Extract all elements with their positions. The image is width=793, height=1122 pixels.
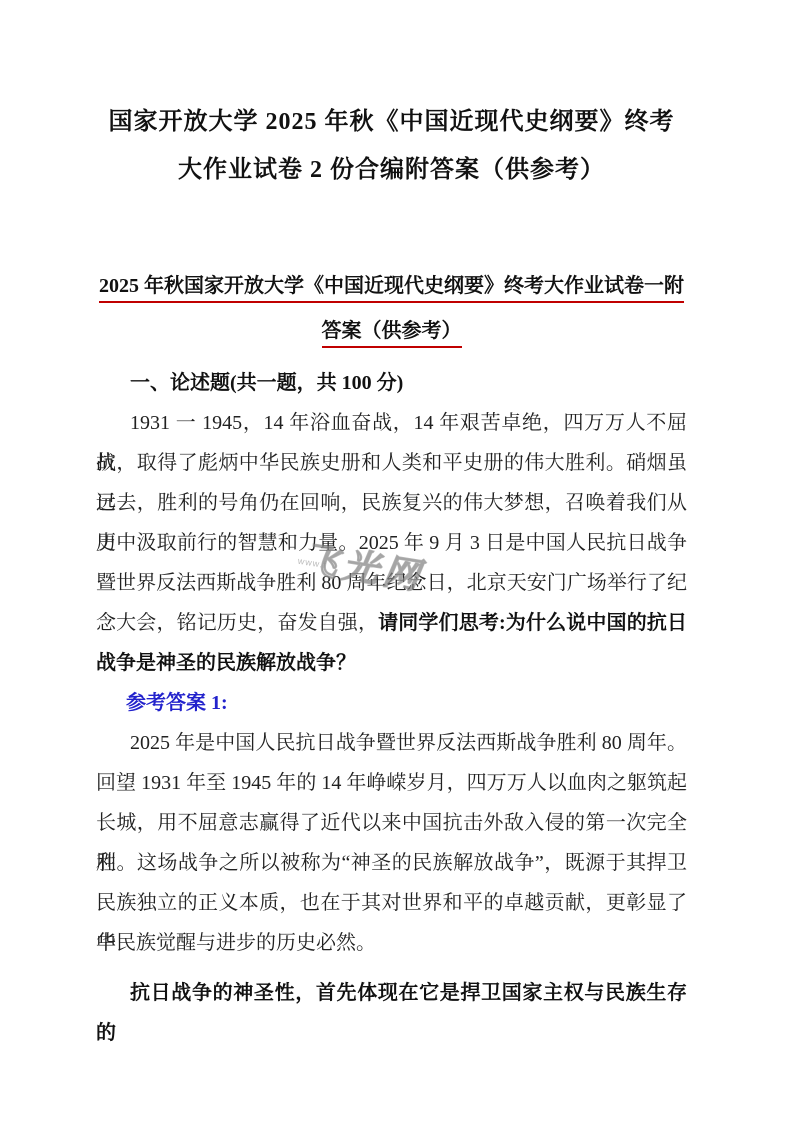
text-line: 2025 年是中国人民抗日战争暨世界反法西斯战争胜利 80 周年。: [96, 723, 687, 763]
text-line: 史中汲取前行的智慧和力量。2025 年 9 月 3 日是中国人民抗日战争: [96, 523, 687, 563]
text-line: 1931 一 1945，14 年浴血奋战，14 年艰苦卓绝，四万万人不屈抗: [96, 403, 687, 443]
section-heading: 一、论述题(共一题，共 100 分): [96, 363, 687, 403]
text-segment: 念大会，铭记历史，奋发自强，: [96, 612, 378, 634]
text-line: 民族独立的正义本质，也在于其对世界和平的卓越贡献，更彰显了中: [96, 883, 687, 923]
answer-paragraph: 2025 年是中国人民抗日战争暨世界反法西斯战争胜利 80 周年。回望 1931…: [96, 723, 687, 963]
document-page: 国家开放大学 2025 年秋《中国近现代史纲要》终考 大作业试卷 2 份合编附答…: [0, 0, 793, 1122]
text-line: 华民族觉醒与进步的历史必然。: [96, 923, 687, 963]
document-title: 国家开放大学 2025 年秋《中国近现代史纲要》终考 大作业试卷 2 份合编附答…: [96, 98, 687, 194]
text-line: 利。这场战争之所以被称为“神圣的民族解放战争”，既源于其捍卫: [96, 843, 687, 883]
text-line: 回望 1931 年至 1945 年的 14 年峥嵘岁月，四万万人以血肉之躯筑起: [96, 763, 687, 803]
text-line: 远去，胜利的号角仍在回响，民族复兴的伟大梦想，召唤着我们从历: [96, 483, 687, 523]
text-line: 长城，用不屈意志赢得了近代以来中国抗击外敌入侵的第一次完全胜: [96, 803, 687, 843]
question-paragraph: 1931 一 1945，14 年浴血奋战，14 年艰苦卓绝，四万万人不屈抗战，取…: [96, 403, 687, 683]
text-segment: 回望 1931 年至 1945 年的 14 年峥嵘岁月，四万万人以血肉之躯筑起: [96, 772, 687, 794]
subtitle-line-2: 答案（供参考）: [322, 320, 462, 348]
text-line: 暨世界反法西斯战争胜利 80 周年纪念日，北京天安门广场举行了纪: [96, 563, 687, 603]
bold-text-segment: 战争是神圣的民族解放战争？: [96, 652, 356, 674]
subtitle-line-1: 2025 年秋国家开放大学《中国近现代史纲要》终考大作业试卷一附: [99, 275, 684, 303]
text-segment: 华民族觉醒与进步的历史必然。: [96, 932, 376, 954]
text-segment: 暨世界反法西斯战争胜利 80 周年纪念日，北京天安门广场举行了纪: [96, 572, 687, 594]
bold-text-segment: 抗日战争的神圣性，首先体现在它是捍卫国家主权与民族生存的: [96, 982, 687, 1044]
text-segment: 利。这场战争之所以被称为“神圣的民族解放战争”，既源于其捍卫: [96, 852, 687, 874]
answer-label: 参考答案 1:: [126, 683, 687, 723]
text-line: 战争是神圣的民族解放战争？: [96, 643, 687, 683]
exam-subtitle: 2025 年秋国家开放大学《中国近现代史纲要》终考大作业试卷一附 答案（供参考）: [96, 264, 687, 354]
subtitle-row: 答案（供参考）: [96, 309, 687, 354]
text-line: 念大会，铭记历史，奋发自强，请同学们思考:为什么说中国的抗日: [96, 603, 687, 643]
title-line-2: 大作业试卷 2 份合编附答案（供参考）: [96, 146, 687, 194]
subtitle-row: 2025 年秋国家开放大学《中国近现代史纲要》终考大作业试卷一附: [96, 264, 687, 309]
title-line-1: 国家开放大学 2025 年秋《中国近现代史纲要》终考: [96, 98, 687, 146]
text-line: 抗日战争的神圣性，首先体现在它是捍卫国家主权与民族生存的: [96, 973, 687, 1013]
text-segment: 2025 年是中国人民抗日战争暨世界反法西斯战争胜利 80 周年。: [130, 732, 687, 754]
bold-text-segment: 请同学们思考:为什么说中国的抗日: [378, 612, 687, 634]
text-line: 战，取得了彪炳中华民族史册和人类和平史册的伟大胜利。硝烟虽已: [96, 443, 687, 483]
closing-paragraph: 抗日战争的神圣性，首先体现在它是捍卫国家主权与民族生存的: [96, 973, 687, 1013]
text-segment: 史中汲取前行的智慧和力量。2025 年 9 月 3 日是中国人民抗日战争: [96, 532, 687, 554]
